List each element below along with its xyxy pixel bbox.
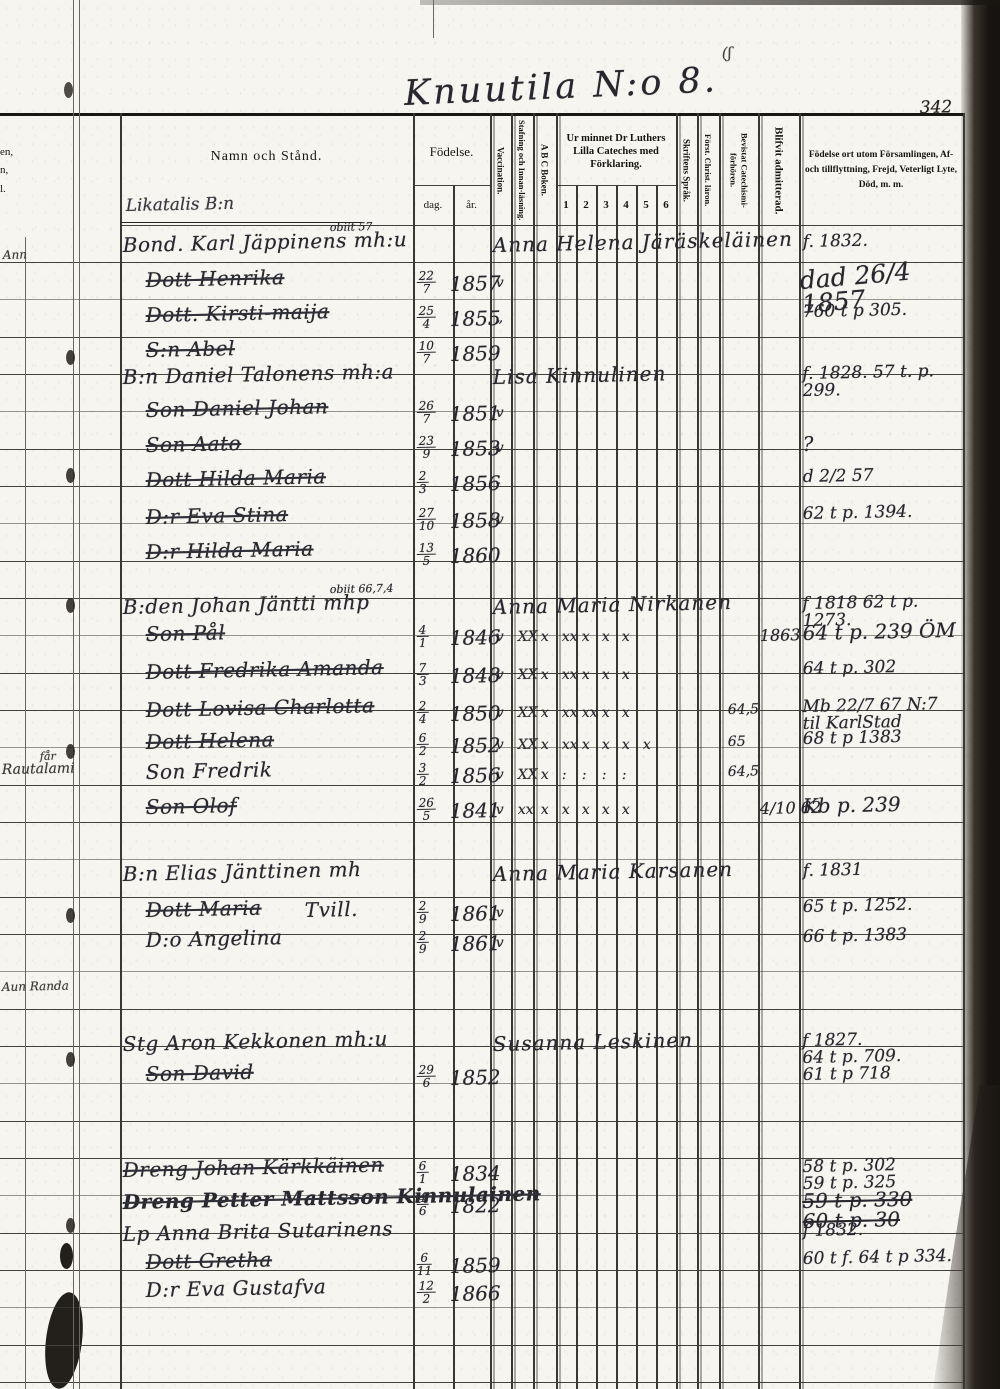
assessment-mark-abc: x <box>541 629 549 645</box>
entry-name: Dott Gretha <box>145 1247 272 1274</box>
column-rule <box>719 113 721 1389</box>
remark-note: 64 t p. 302 <box>803 658 961 678</box>
birth-year: 1851 <box>449 401 500 426</box>
ink-blot-small <box>60 1243 73 1269</box>
birth-year: 1866 <box>449 1281 500 1306</box>
entry-name: Son Aato <box>145 431 241 457</box>
assessment-mark-c1: xx <box>562 667 578 683</box>
margin-rule <box>79 0 80 1389</box>
header-admitted: Blifvit admitterad. <box>758 118 799 223</box>
entry-name: Son Pål <box>145 620 225 646</box>
assessment-mark-abc: x <box>541 737 549 753</box>
assessment-mark-c1: xx <box>562 705 578 721</box>
assessment-mark-c2: xx <box>582 705 598 721</box>
entry-name: D:o Angelina <box>145 925 282 952</box>
birth-day-fraction: 296 <box>417 1065 437 1088</box>
margin-note: Aun Randa <box>2 979 69 994</box>
birth-year: 1856 <box>449 763 500 788</box>
header-attended-examinations: Bevistat Catechismi-förhören. <box>719 118 758 223</box>
birth-day-fraction: 29 <box>417 901 429 924</box>
assessment-mark-c4: x <box>622 629 630 645</box>
birth-day-fraction: 62 <box>417 733 429 756</box>
assessment-mark-vacc: v <box>496 629 504 645</box>
entry-name: B:n Daniel Talonens mh:a <box>122 359 394 389</box>
remark-note: d 2/2 57 <box>803 466 961 486</box>
table-top-rule <box>0 113 963 116</box>
margin-scribble: (ʃ <box>722 44 732 62</box>
assessment-mark-vacc: v <box>496 935 504 951</box>
assessment-mark-c3: x <box>602 802 610 818</box>
birth-year: 1860 <box>449 543 500 568</box>
header-birth: Födelse. <box>413 118 490 185</box>
birth-day-fraction: 239 <box>417 436 437 459</box>
assessment-mark-abc: x <box>541 767 549 783</box>
assessment-mark-c4: x <box>622 737 630 753</box>
entry-name: Son Olof <box>145 793 237 819</box>
entry-name: Dott Maria <box>145 896 261 922</box>
assessment-mark-c4: : <box>622 767 627 783</box>
remark-note: f. 1831 <box>803 860 961 880</box>
assessment-mark-c3: x <box>602 705 610 721</box>
assessment-mark-staf: xx <box>518 802 534 818</box>
assessment-mark-c5: x <box>643 737 651 753</box>
row-rule <box>0 262 963 263</box>
birth-year: 1848 <box>449 663 500 688</box>
entry-name: Dott Lovisa Charlotta <box>145 693 374 722</box>
assessment-mark-vacc: v <box>496 440 504 456</box>
column-rule <box>676 113 678 1389</box>
birth-day-fraction: 23 <box>417 471 429 494</box>
remark-note: Kb p. 239 <box>803 793 961 816</box>
ink-blot-bottom-left <box>40 1290 88 1389</box>
assessment-mark-c2: x <box>582 667 590 683</box>
catechism-column-number: 6 <box>656 185 676 225</box>
remark-note: 66 t p. 1383 <box>803 926 961 946</box>
assessment-mark-admitted: 1863 <box>760 625 801 645</box>
birth-year: 1852 <box>449 733 500 758</box>
row-rule <box>0 1345 963 1346</box>
entry-name-suffix: Tvill. <box>304 897 358 922</box>
spouse-name: Anna Maria Karsanen <box>492 857 733 886</box>
birth-day-fraction: 122 <box>417 1281 437 1304</box>
assessment-mark-staf: XX <box>518 737 538 753</box>
assessment-mark-staf: XX <box>518 667 538 683</box>
entry-name: Dott Henrika <box>145 265 284 292</box>
assessment-mark-c4: x <box>622 667 630 683</box>
catechism-column-number: 2 <box>576 185 596 225</box>
header-scripture: Skriftens Språk. <box>676 118 697 223</box>
birth-day-fraction: 32 <box>417 763 429 786</box>
remark-note: f. 1828. 57 t. p. 299. <box>802 363 961 400</box>
birth-year: 1822 <box>449 1193 500 1218</box>
birth-year: 1858 <box>449 508 500 533</box>
assessment-mark-abc: x <box>541 802 549 818</box>
entry-name: Dreng Johan Kärkkäinen <box>122 1153 384 1182</box>
column-rule <box>963 113 965 1389</box>
assessment-mark-abc: x <box>541 667 549 683</box>
header-spelling-reading: Stafning och Innan-läsning. <box>511 118 533 223</box>
entry-name: Dott Fredrika Amanda <box>145 655 383 684</box>
assessment-mark-staf: XX <box>518 629 538 645</box>
entry-name: Dott. Kirsti-maija <box>145 299 329 327</box>
catechism-column-number: 5 <box>636 185 656 225</box>
entry-name: Stg Aron Kekkonen mh:u <box>122 1026 388 1056</box>
entry-annotation: obiit 57 <box>330 220 373 234</box>
assessment-mark-staf: XX <box>518 767 538 783</box>
assessment-mark-c4: x <box>622 705 630 721</box>
assessment-mark-vacc: v <box>496 737 504 753</box>
birth-year: 1852 <box>449 1065 500 1090</box>
fold-ink-blob <box>66 908 75 923</box>
row-rule <box>0 971 963 972</box>
spouse-name: Susanna Leskinen <box>492 1028 693 1056</box>
assessment-mark-c2: x <box>582 629 590 645</box>
fold-ink-blob <box>66 468 75 483</box>
assessment-mark-c3: x <box>602 737 610 753</box>
birth-year: 1846 <box>449 625 500 650</box>
assessment-mark-attended: 64,5 <box>728 701 760 718</box>
entry-name: Dott Helena <box>145 727 274 754</box>
scan-noise-top <box>420 0 1000 5</box>
fragment-text: l. <box>0 183 6 195</box>
remark-note: f. 1832. <box>803 231 961 251</box>
fold-ink-blob <box>66 598 75 613</box>
fragment-text: en, <box>0 146 13 158</box>
catechism-column-number: 3 <box>596 185 616 225</box>
birth-year: 1853 <box>449 436 500 461</box>
assessment-mark-vacc: v <box>496 405 504 421</box>
birth-day-fraction: 41 <box>417 625 429 648</box>
margin-rule <box>73 0 74 1389</box>
remark-note: 65 t p. 1252. <box>803 896 961 916</box>
assessment-mark-staf: XX <box>518 705 538 721</box>
assessment-mark-c1: : <box>562 767 567 783</box>
remark-note: 60 t f. 64 t p 334. <box>803 1248 961 1268</box>
birth-year: 1855 <box>449 306 500 331</box>
birth-year: 1850 <box>449 701 500 726</box>
birth-day-fraction: 227 <box>417 271 437 294</box>
fold-ink-blob <box>66 1218 75 1233</box>
row-rule <box>0 1009 963 1010</box>
remark-note: 760 t p 305. <box>803 301 961 321</box>
entry-annotation: obiit 66,7,4 <box>330 582 394 596</box>
scan-edge-right <box>961 0 1000 1389</box>
entry-name: Lp Anna Brita Sutarinens <box>122 1216 393 1246</box>
entry-name: D:r Eva Stina <box>145 502 288 529</box>
assessment-mark-vacc: v <box>496 667 504 683</box>
header-vaccination: Vaccination. <box>490 118 511 223</box>
remark-note: ? <box>803 431 961 454</box>
birth-day-fraction: 267 <box>417 401 437 424</box>
fold-ink-blob <box>66 744 75 759</box>
assessment-mark-vacc: - <box>496 475 501 491</box>
header-abc-book: A B C Boken. <box>533 118 556 223</box>
birth-day-fraction: 265 <box>417 798 437 821</box>
birth-day-fraction: 611 <box>417 1253 433 1276</box>
assessment-mark-c3: x <box>602 667 610 683</box>
spouse-name: Anna Maria Nirkanen <box>492 590 732 619</box>
fragment-text: n, <box>0 164 8 176</box>
birth-year: 1859 <box>449 341 500 366</box>
birth-year: 1861 <box>449 901 500 926</box>
birth-day-fraction: 73 <box>417 663 429 686</box>
corner-page-number: 342 <box>920 97 953 118</box>
assessment-mark-c1: x <box>562 802 570 818</box>
assessment-mark-attended: 65 <box>728 734 746 750</box>
column-rule <box>556 113 558 1389</box>
column-rule <box>799 113 801 1389</box>
entry-name: Son Daniel Johan <box>145 394 328 422</box>
header-remarks: Födelse ort utom Församlingen, Af- och t… <box>801 118 961 223</box>
assessment-mark-vacc: v <box>496 275 504 291</box>
scanned-register-page: Knuutila N:o 8. 342 (ʃ en, n, l. AnnfårR… <box>0 0 1000 1389</box>
header-name-handwritten-note: Likatalis B:n <box>126 194 235 216</box>
header-birth-year: år. <box>453 185 490 225</box>
stray-rule <box>433 0 434 38</box>
entry-name: S:n Abel <box>145 336 235 362</box>
header-catechism: Ur minnet Dr Luthers Lilla Cateches med … <box>558 120 674 182</box>
row-rule <box>0 1382 963 1383</box>
birth-year: 1859 <box>449 1253 500 1278</box>
margin-note: Rautalami <box>2 760 75 778</box>
catechism-column-number: 1 <box>556 185 576 225</box>
column-rule <box>120 113 122 1389</box>
entry-name: B:n Elias Jänttinen mh <box>122 857 361 886</box>
header-birth-day: dag. <box>413 185 453 225</box>
name-note-underline <box>122 222 362 223</box>
assessment-mark-vacc: v <box>496 802 504 818</box>
assessment-mark-c3: : <box>602 767 607 783</box>
spouse-name: Anna Helena Järäskeläinen <box>492 227 793 257</box>
fold-mark <box>64 82 73 98</box>
birth-day-fraction: 29 <box>417 931 429 954</box>
header-name-column: Namn och Stånd. <box>120 118 413 196</box>
catechism-column-number: 4 <box>616 185 636 225</box>
assessment-mark-attended: 64,5 <box>728 763 760 780</box>
assessment-mark-c1: xx <box>562 629 578 645</box>
row-rule <box>0 337 963 338</box>
entry-name: D:r Hilda Maria <box>145 536 313 564</box>
entry-name: D:r Eva Gustafva <box>145 1274 326 1302</box>
page-title-handwritten: Knuutila N:o 8. <box>403 60 718 114</box>
remark-note: 62 t p. 1394. <box>803 503 961 523</box>
birth-day-fraction: 254 <box>417 306 437 329</box>
remark-note: 64 t p. 239 ÖM <box>803 620 961 643</box>
spouse-name: Lisa Kinnulinen <box>492 361 666 389</box>
header-christianity: Först. Christ. läron. <box>697 118 719 223</box>
birth-day-fraction: 107 <box>417 341 437 364</box>
column-rule <box>758 113 760 1389</box>
birth-day-fraction: 46 <box>417 1193 429 1216</box>
birth-day-fraction: 24 <box>417 701 429 724</box>
column-rule <box>697 113 699 1389</box>
header-bottom-rule <box>120 225 963 226</box>
birth-day-fraction: 2710 <box>417 508 437 531</box>
birth-year: 1841 <box>449 798 500 823</box>
assessment-mark-abc: x <box>541 705 549 721</box>
birth-year: 1856 <box>449 471 500 496</box>
entry-name: Dott Hilda Maria <box>145 464 326 492</box>
remark-note: f 1827. 64 t p. 709. 61 t p 718 <box>802 1030 961 1084</box>
assessment-mark-c4: x <box>622 802 630 818</box>
entry-name: Son Fredrik <box>145 757 272 784</box>
margin-note: Ann <box>3 247 27 262</box>
row-rule <box>0 1121 963 1122</box>
assessment-mark-c3: x <box>602 629 610 645</box>
assessment-mark-c2: x <box>582 737 590 753</box>
assessment-mark-vacc: v <box>496 905 504 921</box>
assessment-mark-c2: : <box>582 767 587 783</box>
remark-note: 68 t p 1383 <box>803 728 961 748</box>
birth-year: 1861 <box>449 931 500 956</box>
assessment-mark-vacc: v <box>496 767 504 783</box>
birth-day-fraction: 135 <box>417 543 437 566</box>
margin-rule <box>25 237 26 1389</box>
assessment-mark-vacc: v <box>496 705 504 721</box>
assessment-mark-vacc: „ <box>496 310 504 326</box>
assessment-mark-c1: xx <box>562 737 578 753</box>
fold-ink-blob <box>66 350 75 365</box>
birth-year: 1857 <box>449 271 500 296</box>
entry-name: Son David <box>145 1060 253 1086</box>
remark-note: f 1832. <box>803 1220 961 1240</box>
row-rule <box>0 1307 963 1308</box>
fold-ink-blob <box>66 1052 75 1067</box>
birth-day-fraction: 61 <box>417 1161 429 1184</box>
assessment-mark-c2: x <box>582 802 590 818</box>
assessment-mark-vacc: v <box>496 512 504 528</box>
